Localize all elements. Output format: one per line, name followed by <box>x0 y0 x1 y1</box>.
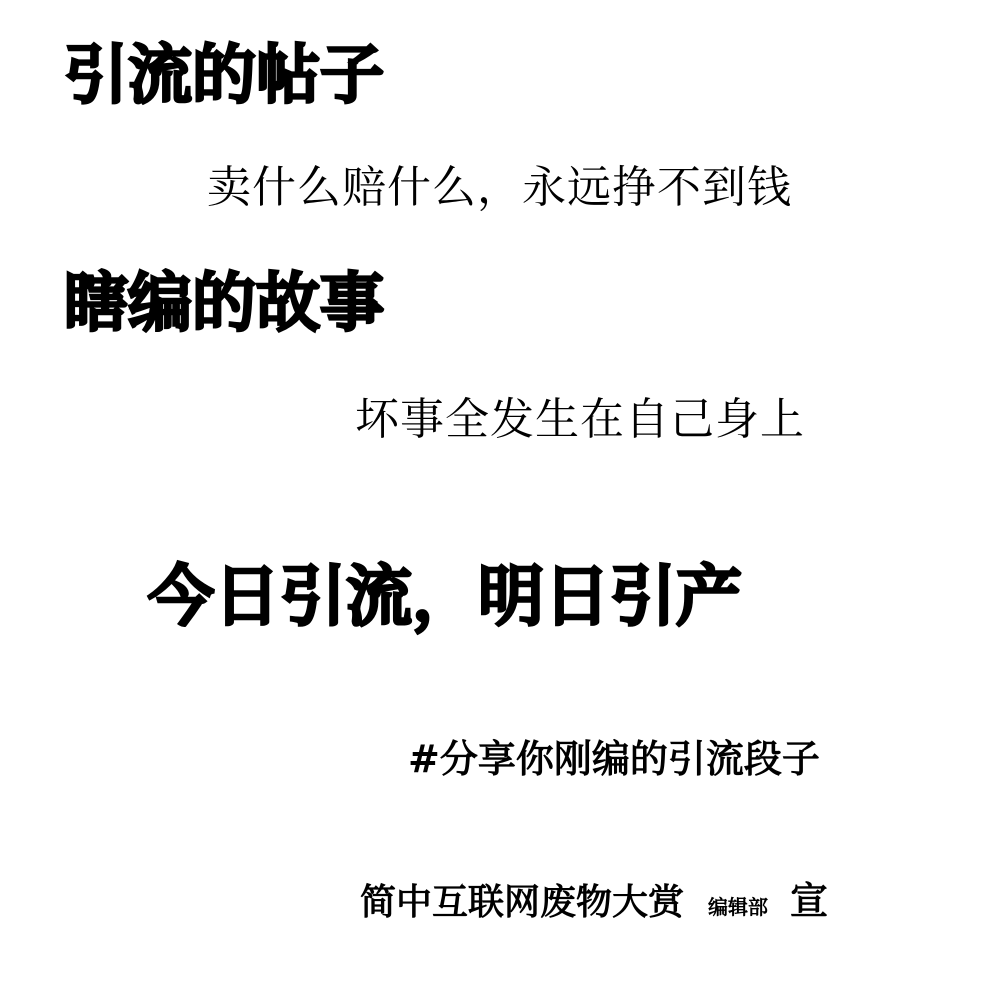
footer-action: 宣 <box>790 882 828 920</box>
footer-brand: 简中互联网废物大赏 <box>360 885 684 921</box>
hashtag: #分享你刚编的引流段子 <box>408 740 820 778</box>
subtext-posts: 卖什么赔什么，永远挣不到钱 <box>207 166 792 210</box>
footer-credit: 简中互联网废物大赏 编辑部 宣 <box>360 882 828 921</box>
heading-posts: 引流的帖子 <box>64 44 384 108</box>
heading-stories: 瞎编的故事 <box>64 272 384 336</box>
footer-dept: 编辑部 <box>708 897 768 917</box>
subtext-stories: 坏事全发生在自己身上 <box>355 398 805 442</box>
slogan: 今日引流，明日引产 <box>148 564 742 630</box>
